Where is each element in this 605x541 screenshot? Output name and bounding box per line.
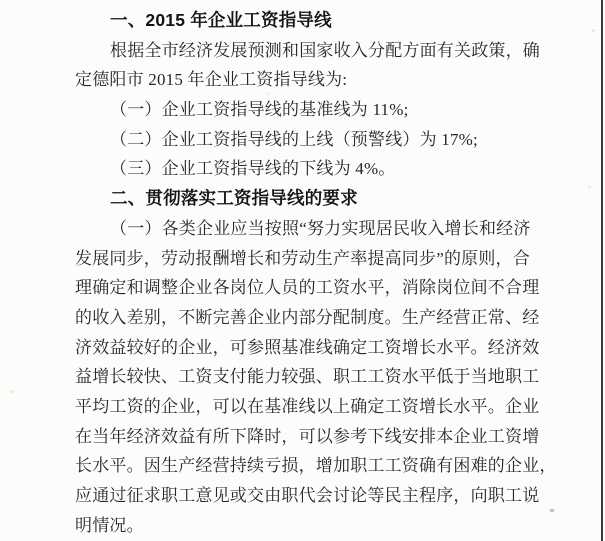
scan-speck (9, 390, 14, 393)
paragraph-line: 平均工资的企业，可以在基准线以上确定工资增长水平。企业 (75, 392, 537, 422)
scanned-document-page: 一、2015 年企业工资指导线 根据全市经济发展预测和国家收入分配方面有关政策，… (0, 0, 605, 541)
paragraph-line: 长水平。因生产经营持续亏损，增加职工工资确有困难的企业， (75, 451, 537, 481)
paragraph-line: 发展同步，劳动报酬增长和劳动生产率提高同步”的原则，合 (75, 244, 537, 274)
paragraph-line: 在当年经济效益有所下降时，可以参考下线安排本企业工资增 (75, 422, 537, 452)
scan-speck (592, 29, 595, 32)
list-item-baseline: （一）企业工资指导线的基准线为 11%; (75, 95, 537, 125)
paragraph-line: 定德阳市 2015 年企业工资指导线为: (75, 65, 537, 95)
paragraph-line: 根据全市经济发展预测和国家收入分配方面有关政策，确 (75, 36, 537, 66)
paragraph-line: 应通过征求职工意见或交由职代会讨论等民主程序，向职工说 (75, 481, 537, 511)
section-heading-1: 一、2015 年企业工资指导线 (75, 6, 537, 36)
paragraph-line: 益增长较快、工资支付能力较强、职工工资水平低于当地职工 (75, 362, 537, 392)
document-text: 一、2015 年企业工资指导线 根据全市经济发展预测和国家收入分配方面有关政策，… (75, 6, 537, 540)
list-item-upper-line: （二）企业工资指导线的上线（预警线）为 17%; (75, 125, 537, 155)
paragraph-line: 明情况。 (75, 511, 537, 541)
scan-speck (588, 186, 591, 188)
paragraph-line: 的收入差别，不断完善企业内部分配制度。生产经营正常、经 (75, 303, 537, 333)
scan-edge-line (601, 0, 603, 541)
paragraph-line: 济效益较好的企业，可参照基准线确定工资增长水平。经济效 (75, 333, 537, 363)
section-heading-2: 二、贯彻落实工资指导线的要求 (75, 184, 537, 214)
paragraph-line: 理确定和调整企业各岗位人员的工资水平，消除岗位间不合理 (75, 273, 537, 303)
scan-speck (266, 93, 269, 95)
paragraph-line: （一）各类企业应当按照“努力实现居民收入增长和经济 (75, 214, 537, 244)
list-item-lower-line: （三）企业工资指导线的下线为 4%。 (75, 154, 537, 184)
scan-speck (550, 509, 554, 512)
